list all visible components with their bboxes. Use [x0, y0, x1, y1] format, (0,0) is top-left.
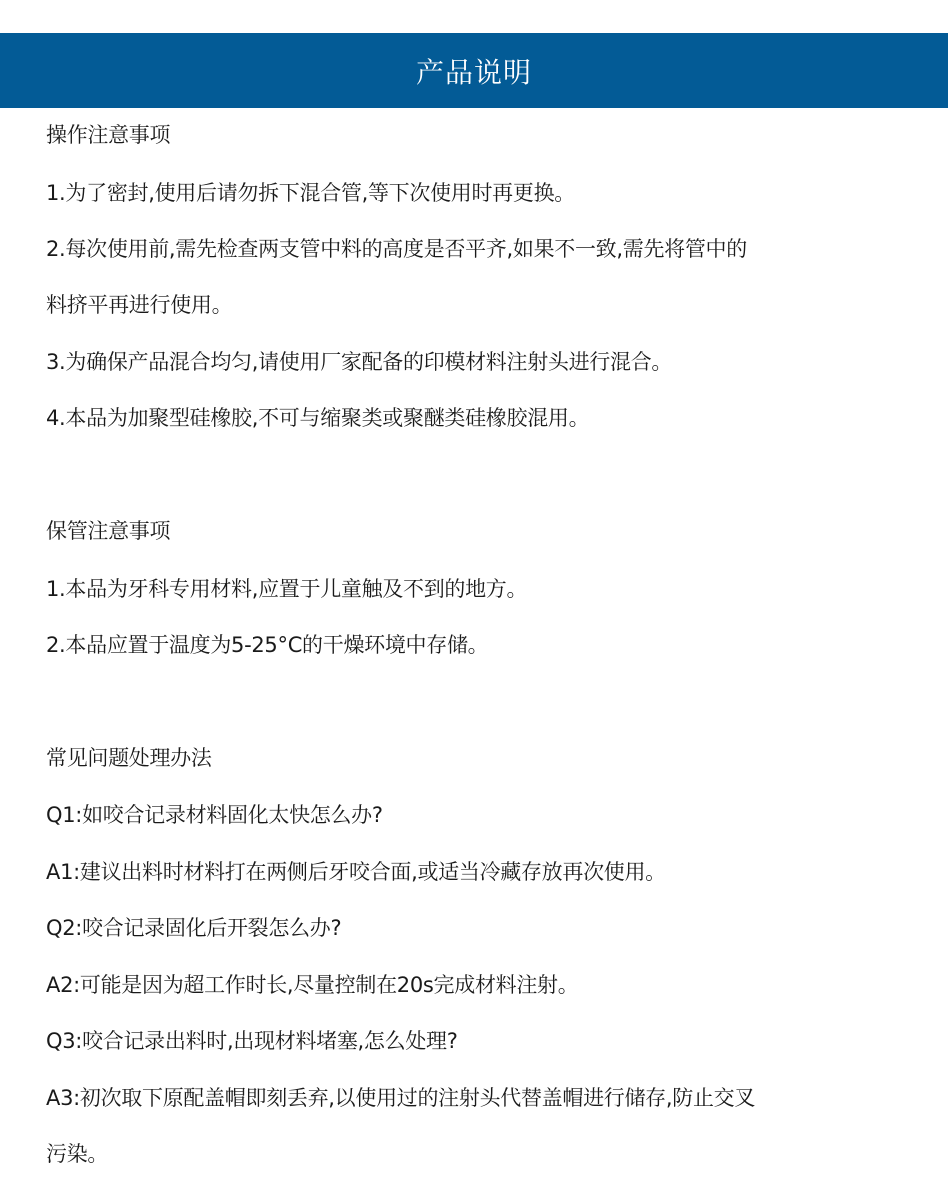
section-heading: 常见问题处理办法 — [46, 744, 212, 772]
list-item-continuation: 料挤平再进行使用。 — [46, 291, 232, 319]
faq-question: Q3:咬合记录出料时,出现材料堵塞,怎么处理? — [46, 1027, 458, 1055]
faq-answer: A3:初次取下原配盖帽即刻丢弃,以使用过的注射头代替盖帽进行储存,防止交叉 — [46, 1084, 755, 1112]
section-heading: 保管注意事项 — [46, 517, 170, 545]
page-title: 产品说明 — [416, 51, 532, 91]
list-item: 4.本品为加聚型硅橡胶,不可与缩聚类或聚醚类硅橡胶混用。 — [46, 404, 589, 432]
faq-answer: A1:建议出料时材料打在两侧后牙咬合面,或适当冷藏存放再次使用。 — [46, 858, 666, 886]
list-item: 1.为了密封,使用后请勿拆下混合管,等下次使用时再更换。 — [46, 179, 575, 207]
list-item: 2.每次使用前,需先检查两支管中料的高度是否平齐,如果不一致,需先将管中的 — [46, 235, 747, 263]
faq-answer: A2:可能是因为超工作时长,尽量控制在20s完成材料注射。 — [46, 971, 578, 999]
list-item: 2.本品应置于温度为5-25°C的干燥环境中存储。 — [46, 631, 488, 659]
list-item: 3.为确保产品混合均匀,请使用厂家配备的印模材料注射头进行混合。 — [46, 348, 672, 376]
faq-question: Q2:咬合记录固化后开裂怎么办? — [46, 914, 341, 942]
list-item: 1.本品为牙科专用材料,应置于儿童触及不到的地方。 — [46, 575, 527, 603]
title-banner: 产品说明 — [0, 33, 948, 108]
section-heading: 操作注意事项 — [46, 121, 170, 149]
faq-answer-continuation: 污染。 — [46, 1140, 108, 1168]
faq-question: Q1:如咬合记录材料固化太快怎么办? — [46, 801, 383, 829]
